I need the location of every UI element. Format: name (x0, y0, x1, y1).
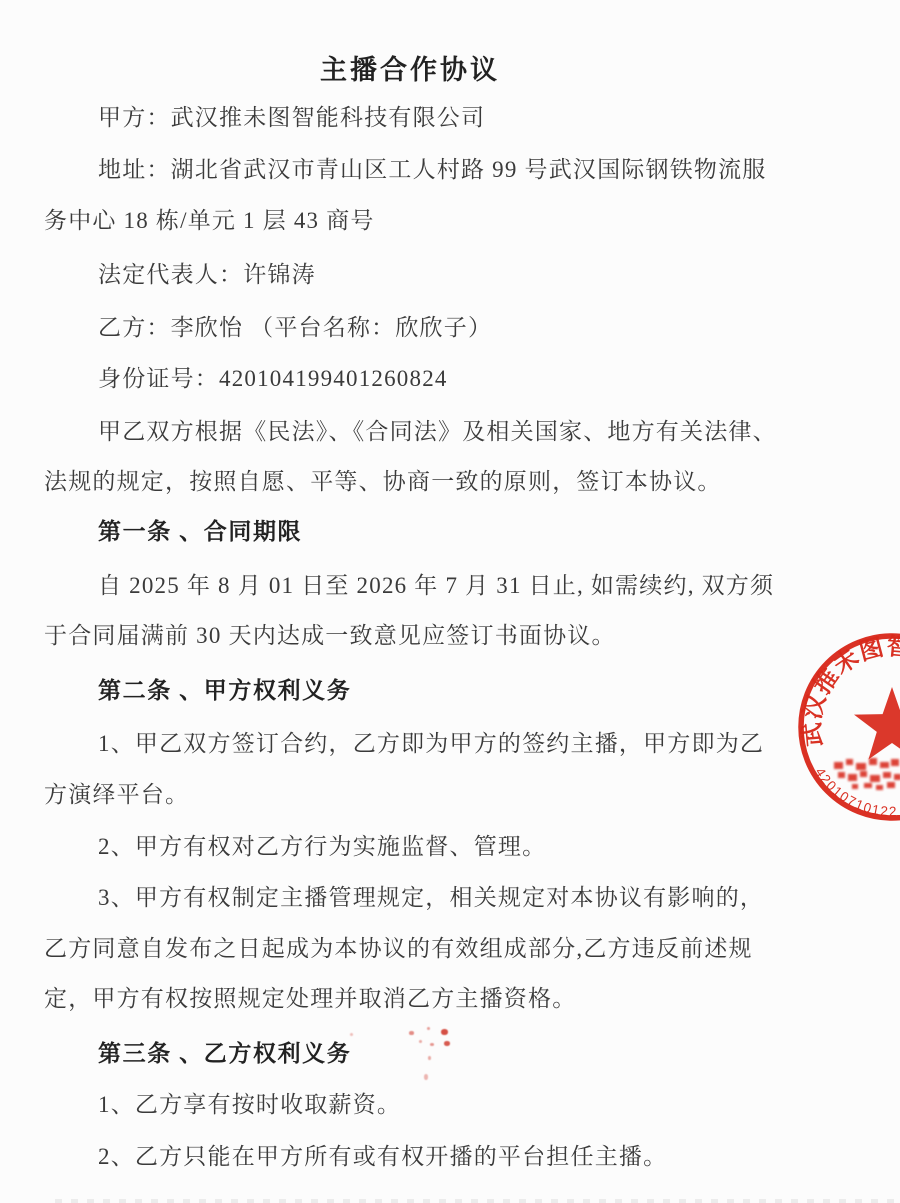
article-3-item-2: 2、乙方只能在甲方所有或有权开播的平台担任主播。 (98, 1143, 667, 1171)
article-2-item-3-line-2: 乙方同意自发布之日起成为本协议的有效组成部分,乙方违反前述规 (44, 935, 753, 963)
residue-dot (441, 1029, 448, 1035)
preamble-line-1: 甲乙双方根据《民法》、《合同法》及相关国家、地方有关法律、 (98, 418, 777, 446)
id-number-line: 身份证号：420104199401260824 (98, 365, 448, 393)
residue-dot (419, 1040, 422, 1043)
residue-dot (424, 1074, 428, 1080)
article-2-item-3-line-1: 3、甲方有权制定主播管理规定，相关规定对本协议有影响的， (98, 884, 764, 912)
article-2-heading: 第二条 、甲方权利义务 (98, 677, 351, 705)
article-1-heading: 第一条 、合同期限 (98, 518, 302, 546)
article-2-item-1-line-2: 方演绎平台。 (44, 781, 189, 809)
company-seal-stamp-icon: 武汉推未图智能科技有限公司 42010710122 (790, 612, 900, 847)
article-2-item-3-line-3: 定，甲方有权按照规定处理并取消乙方主播资格。 (44, 985, 576, 1013)
address-line-1: 地址：湖北省武汉市青山区工人村路 99 号武汉国际钢铁物流服 (98, 156, 767, 184)
seal-smudged-text (834, 758, 900, 790)
residue-dot (409, 1031, 414, 1035)
legal-rep-line: 法定代表人：许锦涛 (98, 261, 316, 289)
party-a-line: 甲方：武汉推未图智能科技有限公司 (98, 104, 485, 132)
scanner-edge-artifact (55, 1199, 900, 1203)
party-b-line: 乙方：李欣怡 （平台名称：欣欣子） (98, 314, 492, 342)
article-2-item-2: 2、甲方有权对乙方行为实施监督、管理。 (98, 833, 546, 861)
residue-dot (350, 1033, 353, 1036)
scanned-contract-page: 主播合作协议 甲方：武汉推未图智能科技有限公司 地址：湖北省武汉市青山区工人村路… (0, 0, 900, 1203)
address-line-2: 务中心 18 栋/单元 1 层 43 商号 (44, 207, 375, 235)
article-3-item-1: 1、乙方享有按时收取薪资。 (98, 1091, 401, 1119)
article-3-heading: 第三条 、乙方权利义务 (98, 1040, 351, 1068)
residue-dot (427, 1027, 430, 1030)
residue-dot (428, 1056, 431, 1060)
article-1-line-2: 于合同届满前 30 天内达成一致意见应签订书面协议。 (44, 622, 616, 650)
residue-dot (430, 1043, 434, 1046)
article-1-line-1: 自 2025 年 8 月 01 日至 2026 年 7 月 31 日止, 如需续… (98, 572, 774, 600)
seal-star-icon (854, 687, 900, 759)
article-2-item-1-line-1: 1、甲乙双方签订合约，乙方即为甲方的签约主播，甲方即为乙 (98, 730, 764, 758)
preamble-line-2: 法规的规定，按照自愿、平等、协商一致的原则，签订本协议。 (44, 468, 722, 496)
document-title: 主播合作协议 (0, 48, 820, 87)
residue-dot (444, 1041, 450, 1046)
